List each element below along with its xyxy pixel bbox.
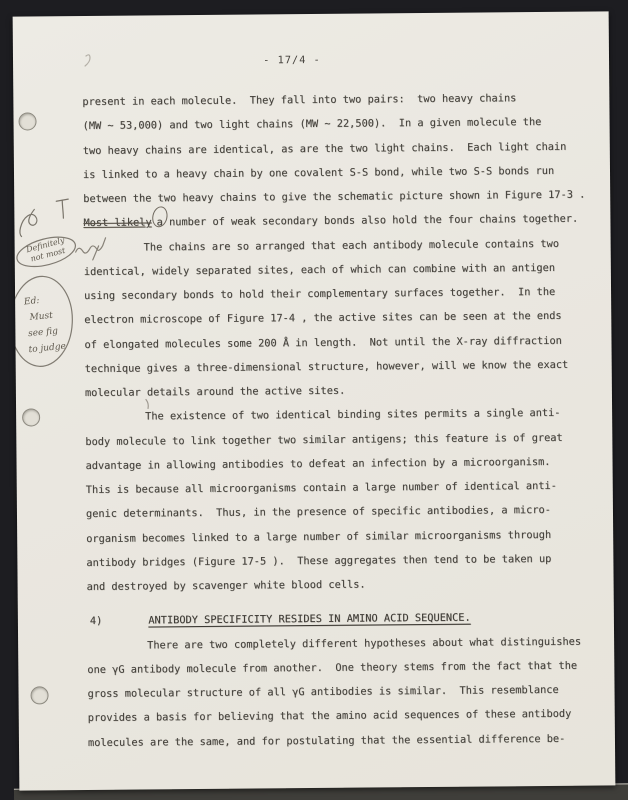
- circled-letter-text: a: [157, 217, 163, 229]
- typed-line: molecules are the same, and for postulat…: [88, 726, 599, 755]
- punch-hole-top: [18, 112, 36, 130]
- margin-note-definitely: Definitely not most: [13, 233, 80, 267]
- typed-line: technique gives a three-dimensional stru…: [85, 352, 596, 381]
- typed-line: and destroyed by scavenger white blood c…: [87, 571, 598, 600]
- section-title: ANTIBODY SPECIFICITY RESIDES IN AMINO AC…: [148, 612, 470, 627]
- typed-text-block: present in each molecule. They fall into…: [82, 86, 599, 755]
- typed-text: number of weak secondary bonds also hold…: [163, 213, 578, 229]
- section-number: 4): [87, 615, 103, 627]
- page-number: - 17/4 -: [13, 51, 609, 68]
- typed-line: genic determinants. Thus, in the presenc…: [86, 498, 597, 527]
- dele-mark-icon: [20, 209, 37, 236]
- typed-line-edited: Most likelya number of weak secondary bo…: [83, 207, 594, 236]
- struck-text: Most likely: [83, 217, 151, 230]
- scan-background: - 17/4 - present in each molecule. They …: [0, 0, 628, 800]
- punch-hole-middle: [22, 408, 40, 426]
- document-page: - 17/4 - present in each molecule. They …: [13, 11, 616, 790]
- margin-note-ed: Ed: Must see fig to judge: [16, 290, 78, 359]
- typed-line: (MW ~ 53,000) and two light chains (MW ~…: [82, 110, 593, 139]
- typed-line: antibody bridges (Figure 17-5 ). These a…: [86, 546, 597, 575]
- punch-hole-bottom: [30, 686, 48, 704]
- margin-note-line: to judge: [28, 338, 78, 359]
- circled-letter: a: [157, 211, 163, 235]
- insert-tick-mark: [56, 199, 68, 218]
